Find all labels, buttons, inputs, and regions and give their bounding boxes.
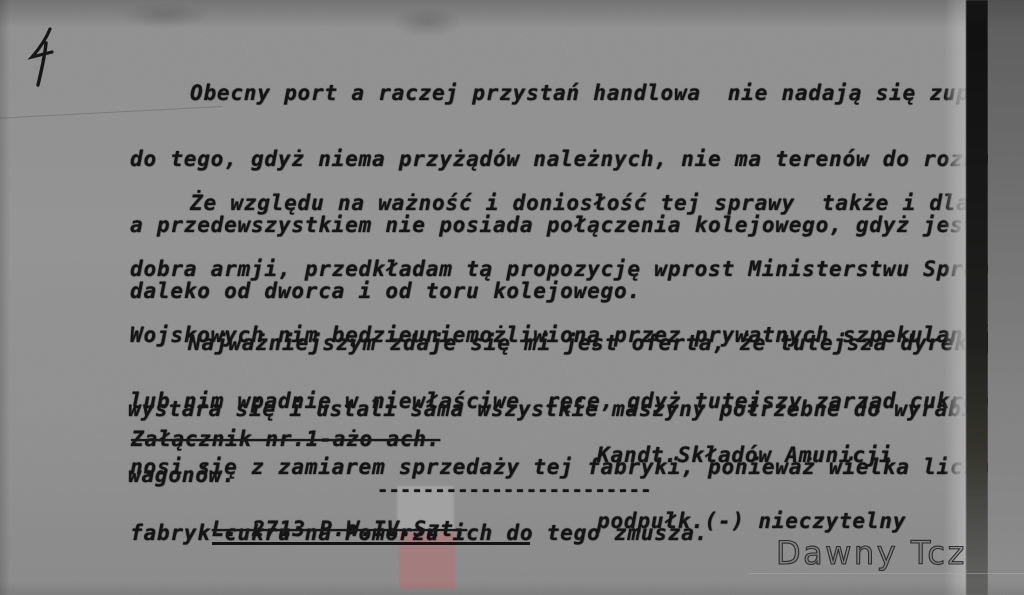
dashed-separator: ------------------------ bbox=[377, 479, 652, 501]
page-fold-shadow bbox=[966, 0, 988, 595]
page-edge-highlight bbox=[944, 0, 968, 595]
handwritten-page-number bbox=[26, 26, 60, 90]
handwritten-4-glyph bbox=[26, 26, 60, 90]
scanner-background-strip bbox=[988, 0, 1024, 595]
reference-block: Załącznik nr.1-ażo ach. L. 2713 P.W.IV.S… bbox=[131, 384, 530, 562]
ink-smudge bbox=[392, 6, 462, 38]
text-line: Obecny port a raczej przystań handlowa n… bbox=[130, 82, 1024, 104]
left-edge-shadow bbox=[0, 0, 10, 595]
signature-rank-line: podpułk.(-) nieczytelny bbox=[597, 510, 906, 532]
paper-crease bbox=[748, 573, 1024, 574]
text-line: Że względu na ważność i doniosłość tej s… bbox=[130, 192, 1024, 214]
text-line: dobra armji, przedkładam tą propozycję w… bbox=[130, 258, 1024, 280]
ink-smudge bbox=[120, 2, 210, 28]
scanned-document-page: Obecny port a raczej przystań handlowa n… bbox=[0, 0, 1024, 595]
file-number-line: L. 2713 P.W.IV.Szt. bbox=[212, 517, 467, 541]
file-number-underline: L. 2713 P.W.IV.Szt. bbox=[212, 518, 530, 545]
text-line: Najważniejszym zdaje się mi jest oferta,… bbox=[128, 332, 1024, 354]
attachment-line: Załącznik nr.1-ażo ach. bbox=[131, 428, 530, 450]
signature-title-line: Kandt.Składów Amunicji bbox=[597, 444, 906, 466]
